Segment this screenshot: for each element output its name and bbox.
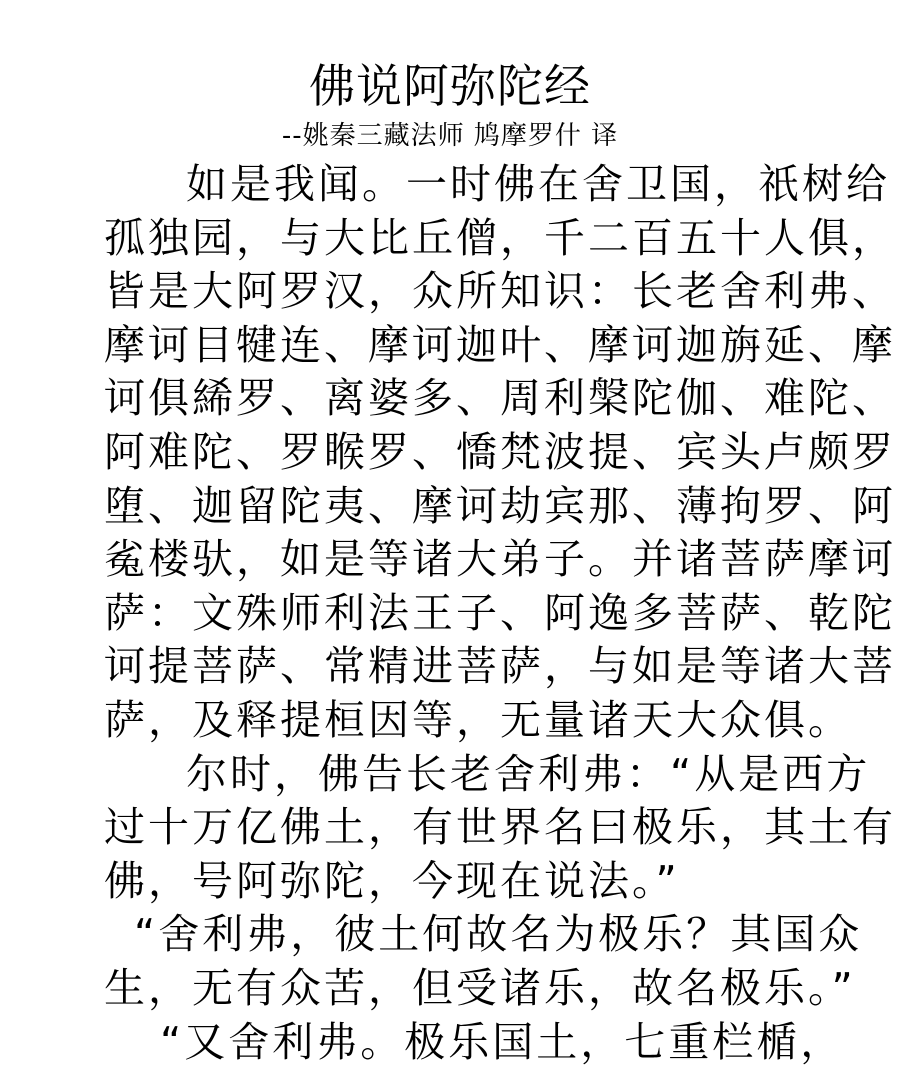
text-line: “舍利弗，彼土何故名为极乐？其国众 xyxy=(104,908,820,962)
text-line: 萨：文殊师利法王子、阿逸多菩萨、乾陀 xyxy=(104,587,820,641)
text-line: 阿难陀、罗睺罗、憍梵波提、宾头卢颇罗 xyxy=(104,426,820,480)
text-line: 过十万亿佛土，有世界名曰极乐，其土有 xyxy=(104,801,820,855)
text-line: 佛，号阿弥陀，今现在说法。” xyxy=(104,855,820,909)
document-title: 佛说阿弥陀经 xyxy=(0,58,900,114)
text-line: “又舍利弗。极乐国土，七重栏楯， xyxy=(104,1016,820,1070)
document-body: 如是我闻。一时佛在舍卫国，祇树给孤独园，与大比丘僧，千二百五十人俱，皆是大阿罗汉… xyxy=(104,158,820,1069)
text-line: 尔时，佛告长老舍利弗：“从是西方 xyxy=(104,748,820,802)
text-line: 㝹楼驮，如是等诸大弟子。并诸菩萨摩诃 xyxy=(104,533,820,587)
text-line: 诃俱絺罗、离婆多、周利槃陀伽、难陀、 xyxy=(104,372,820,426)
text-line: 诃提菩萨、常精进菩萨，与如是等诸大菩 xyxy=(104,640,820,694)
text-line: 皆是大阿罗汉，众所知识：长老舍利弗、 xyxy=(104,265,820,319)
text-line: 堕、迦留陀夷、摩诃劫宾那、薄拘罗、阿 xyxy=(104,480,820,534)
document-subtitle: --姚秦三藏法师 鸠摩罗什 译 xyxy=(0,120,900,152)
text-line: 如是我闻。一时佛在舍卫国，祇树给 xyxy=(104,158,820,212)
text-line: 摩诃目犍连、摩诃迦叶、摩诃迦旃延、摩 xyxy=(104,319,820,373)
text-line: 孤独园，与大比丘僧，千二百五十人俱， xyxy=(104,212,820,266)
text-line: 萨，及释提桓因等，无量诸天大众俱。 xyxy=(104,694,820,748)
text-line: 生，无有众苦，但受诸乐，故名极乐。” xyxy=(104,962,820,1016)
